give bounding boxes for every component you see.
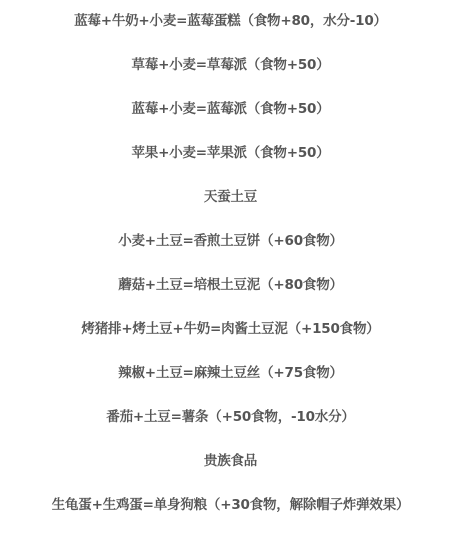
recipe-bacon-mashed-potato: 蘑菇+土豆=培根土豆泥（+80食物） [0, 275, 461, 295]
recipe-strawberry-pie: 草莓+小麦=草莓派（食物+50） [0, 55, 461, 75]
recipe-fries: 番茄+土豆=薯条（+50食物，-10水分） [0, 407, 461, 427]
recipe-blueberry-cake: 蓝莓+牛奶+小麦=蓝莓蛋糕（食物+80，水分-10） [0, 11, 461, 31]
recipe-single-dog-food: 生龟蛋+生鸡蛋=单身狗粮（+30食物，解除帽子炸弹效果） [0, 495, 461, 515]
recipe-spicy-shredded-potato: 辣椒+土豆=麻辣土豆丝（+75食物） [0, 363, 461, 383]
recipe-blueberry-pie: 蓝莓+小麦=蓝莓派（食物+50） [0, 99, 461, 119]
recipe-meat-sauce-mashed-potato: 烤猪排+烤土豆+牛奶=肉酱土豆泥（+150食物） [0, 319, 461, 339]
recipe-apple-pie: 苹果+小麦=苹果派（食物+50） [0, 143, 461, 163]
section-heading-potato: 天蚕土豆 [0, 187, 461, 207]
recipe-potato-pancake: 小麦+土豆=香煎土豆饼（+60食物） [0, 231, 461, 251]
section-heading-noble-food: 贵族食品 [0, 451, 461, 471]
